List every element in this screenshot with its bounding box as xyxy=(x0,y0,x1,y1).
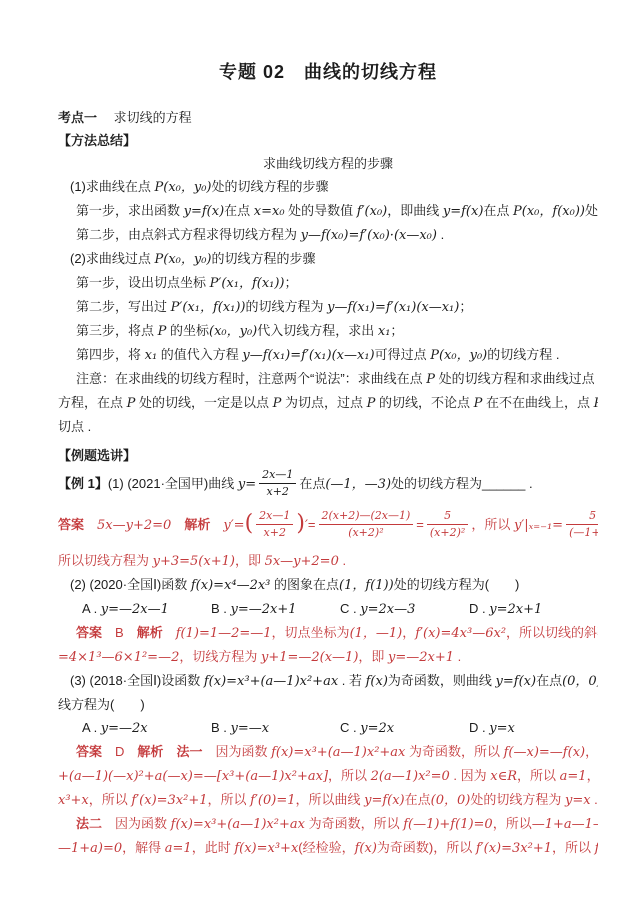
math-text: P(x₀，y₀) xyxy=(430,348,487,363)
math-text: f′(x)=3x²+1 xyxy=(131,793,207,808)
math-text: f(x)=x³+(a—1)x²+ax xyxy=(204,674,338,689)
text-segment: 方程，在点 xyxy=(58,395,127,410)
math-text: P xyxy=(426,372,435,387)
choice-option: A . y=—2x—1 xyxy=(82,597,211,621)
choice-label: B . xyxy=(211,601,231,616)
text-segment: . 若 xyxy=(338,673,365,688)
text-segment: 的图象在点 xyxy=(270,577,339,592)
math-text: f′(0)=1 xyxy=(595,841,598,856)
text-segment: D xyxy=(102,744,137,759)
fraction: 2x—1x+2 xyxy=(259,468,296,499)
choice-formula: y=2x—3 xyxy=(360,602,415,617)
math-text: y′|ₓ₌₋₁= xyxy=(514,518,563,533)
math-text: f(x) xyxy=(355,841,377,856)
text-segment: 的坐标 xyxy=(166,323,209,338)
example3-answer-line2: +(a—1)(—x)²+a(—x)=—[x³+(a—1)x²+ax]，所以 2(… xyxy=(58,764,598,788)
math-text: y′= xyxy=(223,518,244,533)
choice-option: C . y=2x xyxy=(340,716,469,740)
text-segment: = xyxy=(308,517,316,532)
fraction-numerator: 2(x+2)—(2x—1) xyxy=(319,509,414,525)
case2-step1: 第一步，设出切点坐标 P′(x₁，f(x₁))； xyxy=(58,271,598,295)
choice-option: D . y=2x+1 xyxy=(469,597,542,621)
math-text: (x₀，y₀) xyxy=(209,324,257,339)
example1-answer-line1: 答案 5x—y+2=0 解析 y′=(2x—1x+2)′=2(x+2)—(2x—… xyxy=(58,502,598,549)
choice-formula: y=—2x—1 xyxy=(101,602,169,617)
text-segment: 为切点，过点 xyxy=(281,395,366,410)
math-text: y+3=5(x+1) xyxy=(153,554,235,569)
emphasis-text: 答案 xyxy=(58,517,84,532)
choice-formula: y=x xyxy=(489,721,515,736)
text-segment: ，即 xyxy=(358,649,388,664)
emphasis-text: 法一 xyxy=(176,744,202,759)
math-text: y=x xyxy=(565,793,591,808)
text-segment: ，切线方程为 xyxy=(179,649,261,664)
text-segment: 第一步，设出切点坐标 xyxy=(76,275,210,290)
math-text: f(x)=x³+x xyxy=(234,841,298,856)
text-segment: 的切线方程的步骤 xyxy=(212,251,316,266)
math-text: x₁ xyxy=(378,324,391,339)
text-segment: 代入切线方程，求出 xyxy=(257,323,378,338)
math-text: —1+a—1—a+(1+a xyxy=(532,817,598,832)
method-summary-heading: 【方法总结】 xyxy=(58,129,598,152)
text-segment: ，此时 xyxy=(192,840,235,855)
math-text: y=f(x) xyxy=(364,793,405,808)
fraction: 5(—1+2)² xyxy=(566,509,598,540)
choice-option: C . y=2x—3 xyxy=(340,597,469,621)
text-segment: 第二步，由点斜式方程求得切线方程为 xyxy=(76,227,301,242)
case1-step1: 第一步，求出函数 y=f(x)在点 x=x₀ 处的导数值 f′(x₀)，即曲线 … xyxy=(58,199,598,223)
math-text: y=f(x) xyxy=(184,204,225,219)
example3-answer-line1: 答案 D 解析 法一 因为函数 f(x)=x³+(a—1)x²+ax 为奇函数，… xyxy=(58,740,598,764)
emphasis-text: 考点一 xyxy=(58,110,97,125)
text-segment: ，所以 xyxy=(587,768,598,783)
example1-question: 【例 1】(1) (2021·全国甲)曲线 y=2x—1x+2在点(—1，—3)… xyxy=(58,467,598,502)
example3-answer-line4: 法二 因为函数 f(x)=x³+(a—1)x²+ax 为奇函数，所以 f(—1)… xyxy=(58,812,598,836)
math-text: f(—x)=—f(x) xyxy=(504,745,585,760)
math-text: 2(a—1)x²=0 xyxy=(371,769,450,784)
text-segment: 处的切线，一定是以点 xyxy=(135,395,272,410)
math-text: P(x₀，f(x₀)) xyxy=(513,204,585,219)
step-case2-title: (2)求曲线过点 P(x₀，y₀)的切线方程的步骤 xyxy=(58,247,598,271)
text-segment: 在点 xyxy=(405,792,431,807)
math-text: —1+a)=0 xyxy=(58,841,122,856)
choice-option: D . y=x xyxy=(469,716,515,740)
fraction-denominator: (x+2)² xyxy=(319,525,414,540)
emphasis-text: 答案 xyxy=(76,744,102,759)
math-text: y=f(x) xyxy=(496,674,537,689)
math-text: y=f(x) xyxy=(443,204,484,219)
text-segment: 处的切线方程为______ . xyxy=(391,476,533,491)
math-text: 5x—y+2=0 xyxy=(265,554,339,569)
example2-answer-line2: =4×1³—6×1²=—2，切线方程为 y+1=—2(x—1)，即 y=—2x+… xyxy=(58,645,598,669)
text-segment: 的切线，不论点 xyxy=(375,395,473,410)
text-segment: 为奇函数，所以 xyxy=(305,816,403,831)
text-segment: 的值代入方程 xyxy=(157,347,242,362)
case2-step3: 第三步，将点 P 的坐标(x₀，y₀)代入切线方程，求出 x₁； xyxy=(58,319,598,343)
text-segment: 处的切线方程和求曲线过点 xyxy=(435,371,598,386)
math-text: (—1，—3) xyxy=(325,477,391,492)
text-segment: . xyxy=(437,227,444,242)
math-text: f′(x)=4x³—6x² xyxy=(415,626,506,641)
text-segment: ，即 xyxy=(235,553,265,568)
example1-answer-line2: 所以切线方程为 y+3=5(x+1)，即 5x—y+2=0 . xyxy=(58,549,598,573)
choice-option: B . y=—2x+1 xyxy=(211,597,340,621)
math-text: (0，0) xyxy=(431,793,471,808)
emphasis-text: 解析 xyxy=(137,744,163,759)
text-segment: (1) (2021·全国甲)曲线 xyxy=(108,476,238,491)
text-segment: 为奇函数，则曲线 xyxy=(388,673,496,688)
example3-answer-line3: x³+x，所以 f′(x)=3x²+1，所以 f′(0)=1，所以曲线 y=f(… xyxy=(58,788,598,812)
text-segment: 处的导数值 xyxy=(285,203,357,218)
choice-label: C . xyxy=(340,601,360,616)
case2-step2: 第二步，写出过 P′(x₁，f(x₁))的切线方程为 y—f(x₁)=f′(x₁… xyxy=(58,295,598,319)
text-segment: ； xyxy=(459,299,472,314)
page-title: 专题 02 曲线的切线方程 xyxy=(58,58,598,84)
choice-option: B . y=—x xyxy=(211,716,340,740)
text-segment: 处的切线方程的步骤 xyxy=(212,179,329,194)
text-segment: (2)求曲线过点 xyxy=(70,251,155,266)
text-segment: . xyxy=(454,649,461,664)
examples-heading: 【例题选讲】 xyxy=(58,444,598,467)
text-segment: . 故选 D . xyxy=(591,792,598,807)
text-segment: 第一步，求出函数 xyxy=(76,203,184,218)
text-segment: (经检验， xyxy=(298,840,354,855)
text-segment: 因为函数 xyxy=(202,744,271,759)
text-segment: 在不在曲线上，点 xyxy=(482,395,593,410)
text-segment: ； xyxy=(390,323,403,338)
math-text: f(x) xyxy=(366,674,388,689)
text-segment: 处切线的斜率； xyxy=(585,203,598,218)
choice-option: A . y=—2x xyxy=(82,716,211,740)
choice-label: C . xyxy=(340,720,360,735)
emphasis-text: 【方法总结】 xyxy=(58,133,136,148)
text-segment: ； xyxy=(285,275,298,290)
fraction-numerator: 5 xyxy=(427,509,468,525)
example3-options: A . y=—2xB . y=—xC . y=2xD . y=x xyxy=(58,716,598,740)
math-text: (0，0) xyxy=(562,674,598,689)
math-text: (1，f(1)) xyxy=(339,578,394,593)
choice-label: A . xyxy=(82,601,101,616)
choice-formula: y=2x xyxy=(360,721,394,736)
text-segment xyxy=(163,625,176,640)
text-segment: ，所以 xyxy=(493,816,532,831)
math-text: f(x)=x⁴—2x³ xyxy=(191,578,271,593)
text-segment: 第四步，将 xyxy=(76,347,145,362)
text-segment: ，所以 xyxy=(208,792,251,807)
text-segment: ，所以切线的斜率为 xyxy=(506,625,598,640)
example2-options: A . y=—2x—1B . y=—2x+1C . y=2x—3D . y=2x… xyxy=(58,597,598,621)
fraction-denominator: x+2 xyxy=(256,525,293,540)
case2-step4: 第四步，将 x₁ 的值代入方程 y—f(x₁)=f′(x₁)(x—x₁)可得过点… xyxy=(58,343,598,367)
choice-formula: y=—x xyxy=(231,721,270,736)
example2-question: (2) (2020·全国Ⅰ)函数 f(x)=x⁴—2x³ 的图象在点(1，f(1… xyxy=(58,573,598,597)
math-text: x³+x xyxy=(58,793,89,808)
text-segment xyxy=(210,517,223,532)
fraction-denominator: (—1+2)² xyxy=(566,525,598,540)
text-segment: ， xyxy=(402,625,415,640)
text-segment: 第二步，写出过 xyxy=(76,299,171,314)
math-text: y+1=—2(x—1) xyxy=(261,650,358,665)
text-segment: = xyxy=(416,517,424,532)
fraction-numerator: 2x—1 xyxy=(256,509,293,525)
emphasis-text: 【例题选讲】 xyxy=(58,448,136,463)
math-text: 5x—y+2=0 xyxy=(97,518,171,533)
choice-label: D . xyxy=(469,601,489,616)
choice-label: B . xyxy=(211,720,231,735)
text-segment: 所以切线方程为 xyxy=(58,553,153,568)
example3-answer-line5: —1+a)=0，解得 a=1，此时 f(x)=x³+x(经检验，f(x)为奇函数… xyxy=(58,836,598,860)
step-case1-title: (1)求曲线在点 P(x₀，y₀)处的切线方程的步骤 xyxy=(58,175,598,199)
section-heading-kaodian1: 考点一 求切线的方程 xyxy=(58,106,598,129)
text-segment: 切点 . xyxy=(58,419,91,434)
note-line-2: 方程，在点 P 处的切线，一定是以点 P 为切点，过点 P 的切线，不论点 P … xyxy=(58,391,598,415)
math-text: f′(x₀) xyxy=(357,204,387,219)
text-segment: ，所以 xyxy=(552,840,595,855)
fraction-numerator: 5 xyxy=(566,509,598,525)
text-segment xyxy=(171,517,184,532)
text-segment: 在点 xyxy=(536,673,562,688)
text-segment: 的切线方程为 xyxy=(246,299,328,314)
fraction-denominator: x+2 xyxy=(259,484,296,499)
emphasis-text: 【例 1】 xyxy=(58,476,108,491)
text-segment: 为奇函数，所以 xyxy=(405,744,503,759)
math-text: x∈R xyxy=(490,769,517,784)
math-text: P′(x₁，f(x₁)) xyxy=(210,276,285,291)
text-segment: ，即曲线 xyxy=(387,203,443,218)
math-text: y—f(x₁)=f′(x₁)(x—x₁) xyxy=(242,348,374,363)
math-text: f(x)=x³+(a—1)x²+ax xyxy=(271,745,405,760)
document-page: 专题 02 曲线的切线方程 考点一 求切线的方程【方法总结】求曲线切线方程的步骤… xyxy=(0,0,640,905)
math-text: a=1 xyxy=(165,841,192,856)
math-text: y—f(x₁)=f′(x₁)(x—x₁) xyxy=(327,300,459,315)
text-segment: ( xyxy=(245,511,254,536)
math-text: f(—1)+f(1)=0 xyxy=(403,817,493,832)
math-text: f′(0)=1 xyxy=(250,793,295,808)
math-text: x=x₀ xyxy=(254,204,285,219)
fraction-numerator: 2x—1 xyxy=(259,468,296,484)
text-segment: ) xyxy=(296,511,305,536)
emphasis-text: 法二 xyxy=(76,816,102,831)
text-segment: 注意：在求曲线的切线方程时，注意两个“说法”：求曲线在点 xyxy=(76,371,426,386)
math-text: P′(x₁，f(x₁)) xyxy=(171,300,246,315)
text-segment: (2) (2020·全国Ⅰ)函数 xyxy=(70,577,191,592)
text-segment xyxy=(84,517,97,532)
note-line-3: 切点 . xyxy=(58,415,598,438)
text-segment: ，所以 xyxy=(89,792,132,807)
text-segment: 为奇函数)，所以 xyxy=(377,840,476,855)
example3-question-line2: 线方程为( ) xyxy=(58,693,598,716)
text-segment: ，所以 xyxy=(328,768,371,783)
math-text: =4×1³—6×1²=—2 xyxy=(58,650,179,665)
math-text: P(x₀，y₀) xyxy=(155,180,212,195)
text-segment: 在点 xyxy=(299,476,325,491)
note-line-1: 注意：在求曲线的切线方程时，注意两个“说法”：求曲线在点 P 处的切线方程和求曲… xyxy=(58,367,598,391)
math-text: a=1 xyxy=(560,769,587,784)
text-segment: ，解得 xyxy=(122,840,165,855)
text-segment: B xyxy=(102,625,137,640)
choice-formula: y=2x+1 xyxy=(489,602,542,617)
choice-label: A . xyxy=(82,720,101,735)
math-text: y=—2x+1 xyxy=(388,650,454,665)
text-segment xyxy=(163,744,176,759)
text-segment: 处的切线方程为( ) xyxy=(394,577,520,592)
case1-step2: 第二步，由点斜式方程求得切线方程为 y—f(x₀)=f′(x₀)·(x—x₀) … xyxy=(58,223,598,247)
text-segment: 的切线方程 . xyxy=(487,347,559,362)
text-segment: ，所以曲线 xyxy=(295,792,364,807)
math-text: f(x)=x³+(a—1)x²+ax xyxy=(171,817,305,832)
emphasis-text: 解析 xyxy=(184,517,210,532)
choice-formula: y=—2x+1 xyxy=(231,602,297,617)
math-text: x₁ xyxy=(145,348,158,363)
text-segment: ，所以 xyxy=(517,768,560,783)
choice-label: D . xyxy=(469,720,489,735)
choice-formula: y=—2x xyxy=(101,721,148,736)
text-segment: (3) (2018·全国Ⅰ)设函数 xyxy=(70,673,204,688)
text-segment: 在点 xyxy=(224,203,254,218)
text-segment: . 因为 xyxy=(450,768,490,783)
text-segment: 第三步，将点 xyxy=(76,323,158,338)
fraction: 2(x+2)—(2x—1)(x+2)² xyxy=(319,509,414,540)
text-segment: ，切点坐标为 xyxy=(272,625,350,640)
math-text: y—f(x₀)=f′(x₀)·(x—x₀) xyxy=(301,228,437,243)
math-text: P xyxy=(594,396,598,411)
fraction: 2x—1x+2 xyxy=(256,509,293,540)
text-segment: ，所以 xyxy=(471,517,514,532)
example3-question-line1: (3) (2018·全国Ⅰ)设函数 f(x)=x³+(a—1)x²+ax . 若… xyxy=(58,669,598,693)
text-segment: 线方程为( ) xyxy=(58,697,145,712)
text-segment: 可得过点 xyxy=(375,347,431,362)
math-text: P(x₀，y₀) xyxy=(155,252,212,267)
fraction-denominator: (x+2)² xyxy=(427,525,468,540)
math-text: (1，—1) xyxy=(350,626,403,641)
text-segment: 处的切线方程为 xyxy=(470,792,565,807)
math-text: f(1)=1—2=—1 xyxy=(176,626,272,641)
text-segment: . xyxy=(339,553,346,568)
math-text: y= xyxy=(238,477,256,492)
emphasis-text: 解析 xyxy=(137,625,163,640)
steps-title: 求曲线切线方程的步骤 xyxy=(58,152,598,175)
math-text: +(a—1)(—x)²+a(—x)=—[x³+(a—1)x²+ax] xyxy=(58,769,328,784)
text-segment: ，所以 xyxy=(585,744,598,759)
emphasis-text: 答案 xyxy=(76,625,102,640)
math-text: f′(x)=3x²+1 xyxy=(476,841,552,856)
text-segment: 求切线的方程 xyxy=(97,110,192,125)
doc-body: 考点一 求切线的方程【方法总结】求曲线切线方程的步骤(1)求曲线在点 P(x₀，… xyxy=(58,106,598,860)
text-segment: 在点 xyxy=(483,203,513,218)
example2-answer-line1: 答案 B 解析 f(1)=1—2=—1，切点坐标为(1，—1)，f′(x)=4x… xyxy=(58,621,598,645)
text-segment: (1)求曲线在点 xyxy=(70,179,155,194)
text-segment: 因为函数 xyxy=(102,816,171,831)
text-segment: 求曲线切线方程的步骤 xyxy=(263,156,393,171)
fraction: 5(x+2)² xyxy=(427,509,468,540)
